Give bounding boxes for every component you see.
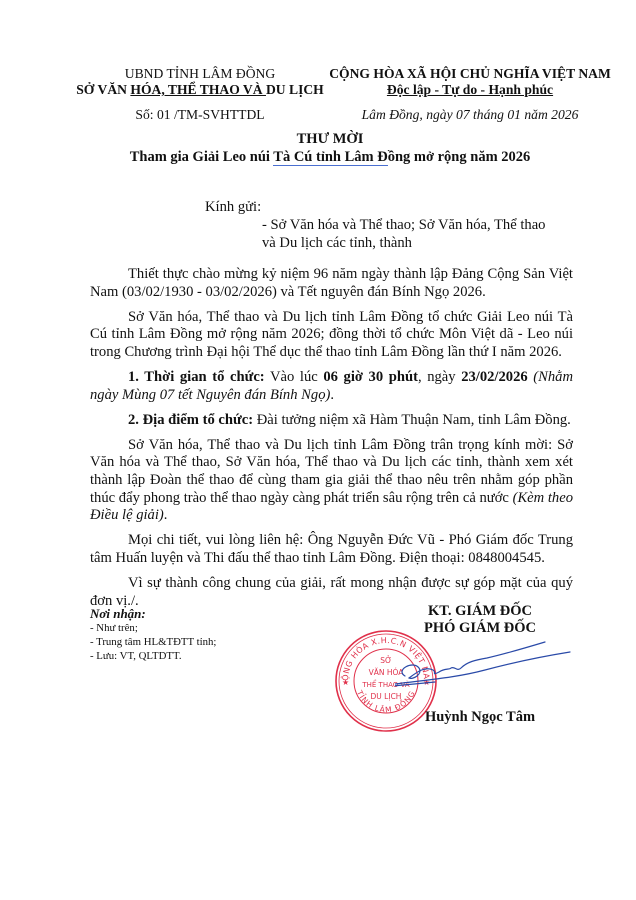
document-title-block: THƯ MỜI Tham gia Giải Leo núi Tà Cú tỉnh…: [60, 130, 600, 166]
subject-underlined-part: Tà Cú tỉnh Lâm Đ: [273, 149, 387, 166]
svg-text:★: ★: [342, 678, 349, 687]
national-header-block: CỘNG HÒA XÃ HỘI CHỦ NGHĨA VIỆT NAM Độc l…: [320, 66, 620, 123]
recipient-line: và Du lịch các tỉnh, thành: [205, 234, 545, 252]
signer-name: Huỳnh Ngọc Tâm: [380, 709, 580, 726]
distribution-item: - Trung tâm HL&TĐTT tỉnh;: [90, 635, 216, 649]
time-label: 1. Thời gian tổ chức:: [128, 369, 265, 385]
document-number: Số: 01 /TM-SVHTTDL: [60, 107, 340, 123]
text: .: [330, 387, 334, 403]
authority-name: UBND TỈNH LÂM ĐỒNG: [60, 66, 340, 82]
agency-name-part: DU LỊCH: [266, 82, 324, 97]
agency-name-part: SỞ VĂN: [76, 82, 130, 97]
event-time: 06 giờ 30 phút: [323, 369, 418, 385]
recipients-label: Kính gửi:: [205, 198, 545, 216]
text: Sở Văn hóa, Thể thao và Du lịch tỉnh Lâm…: [90, 437, 573, 506]
subject-part: Tham gia Giải Leo núi: [130, 149, 274, 165]
distribution-item: - Như trên;: [90, 621, 216, 635]
text: .: [164, 507, 168, 523]
recipient-line: - Sở Văn hóa và Thể thao; Sở Văn hóa, Th…: [205, 216, 545, 234]
place-date: Lâm Đồng, ngày 07 tháng 01 năm 2026: [320, 107, 620, 123]
national-motto: Độc lập - Tự do - Hạnh phúc: [320, 82, 620, 98]
paragraph-intro: Thiết thực chào mừng kỷ niệm 96 năm ngày…: [90, 266, 573, 301]
distribution-label: Nơi nhận:: [90, 606, 216, 621]
letter-body: Thiết thực chào mừng kỷ niệm 96 năm ngày…: [90, 266, 573, 618]
paragraph-invitation: Sở Văn hóa, Thể thao và Du lịch tỉnh Lâm…: [90, 437, 573, 525]
signer-title-1: KT. GIÁM ĐỐC: [380, 603, 580, 620]
agency-name: SỞ VĂN HÓA, THỂ THAO VÀ DU LỊCH: [60, 82, 340, 98]
paragraph-location: 2. Địa điểm tổ chức: Đài tưởng niệm xã H…: [90, 412, 573, 430]
text: , ngày: [418, 369, 461, 385]
issuing-agency-block: UBND TỈNH LÂM ĐỒNG SỞ VĂN HÓA, THỂ THAO …: [60, 66, 340, 123]
event-location: Đài tưởng niệm xã Hàm Thuận Nam, tỉnh Lâ…: [253, 412, 571, 428]
recipients-block: Kính gửi: - Sở Văn hóa và Thể thao; Sở V…: [205, 198, 545, 252]
paragraph-contact: Mọi chi tiết, vui lòng liên hệ: Ông Nguy…: [90, 532, 573, 567]
motto-text: Độc lập - Tự do - Hạnh phúc: [387, 82, 553, 97]
document-subject: Tham gia Giải Leo núi Tà Cú tỉnh Lâm Đồn…: [60, 148, 600, 166]
country-name: CỘNG HÒA XÃ HỘI CHỦ NGHĨA VIỆT NAM: [320, 66, 620, 82]
text: Vào lúc: [265, 369, 324, 385]
document-type: THƯ MỜI: [60, 130, 600, 148]
subject-part: ồng mở rộng năm 2026: [388, 149, 531, 165]
paragraph-organizer: Sở Văn hóa, Thể thao và Du lịch tỉnh Lâm…: [90, 309, 573, 362]
location-label: 2. Địa điểm tổ chức:: [128, 412, 253, 428]
event-date: 23/02/2026: [461, 369, 527, 385]
paragraph-time: 1. Thời gian tổ chức: Vào lúc 06 giờ 30 …: [90, 369, 573, 404]
svg-text:SỞ: SỞ: [380, 655, 392, 665]
handwritten-signature: [395, 640, 575, 700]
distribution-list: Nơi nhận: - Như trên; - Trung tâm HL&TĐT…: [90, 606, 216, 663]
agency-name-underlined: HÓA, THỂ THAO VÀ: [130, 82, 266, 97]
distribution-item: - Lưu: VT, QLTDTT.: [90, 649, 216, 663]
